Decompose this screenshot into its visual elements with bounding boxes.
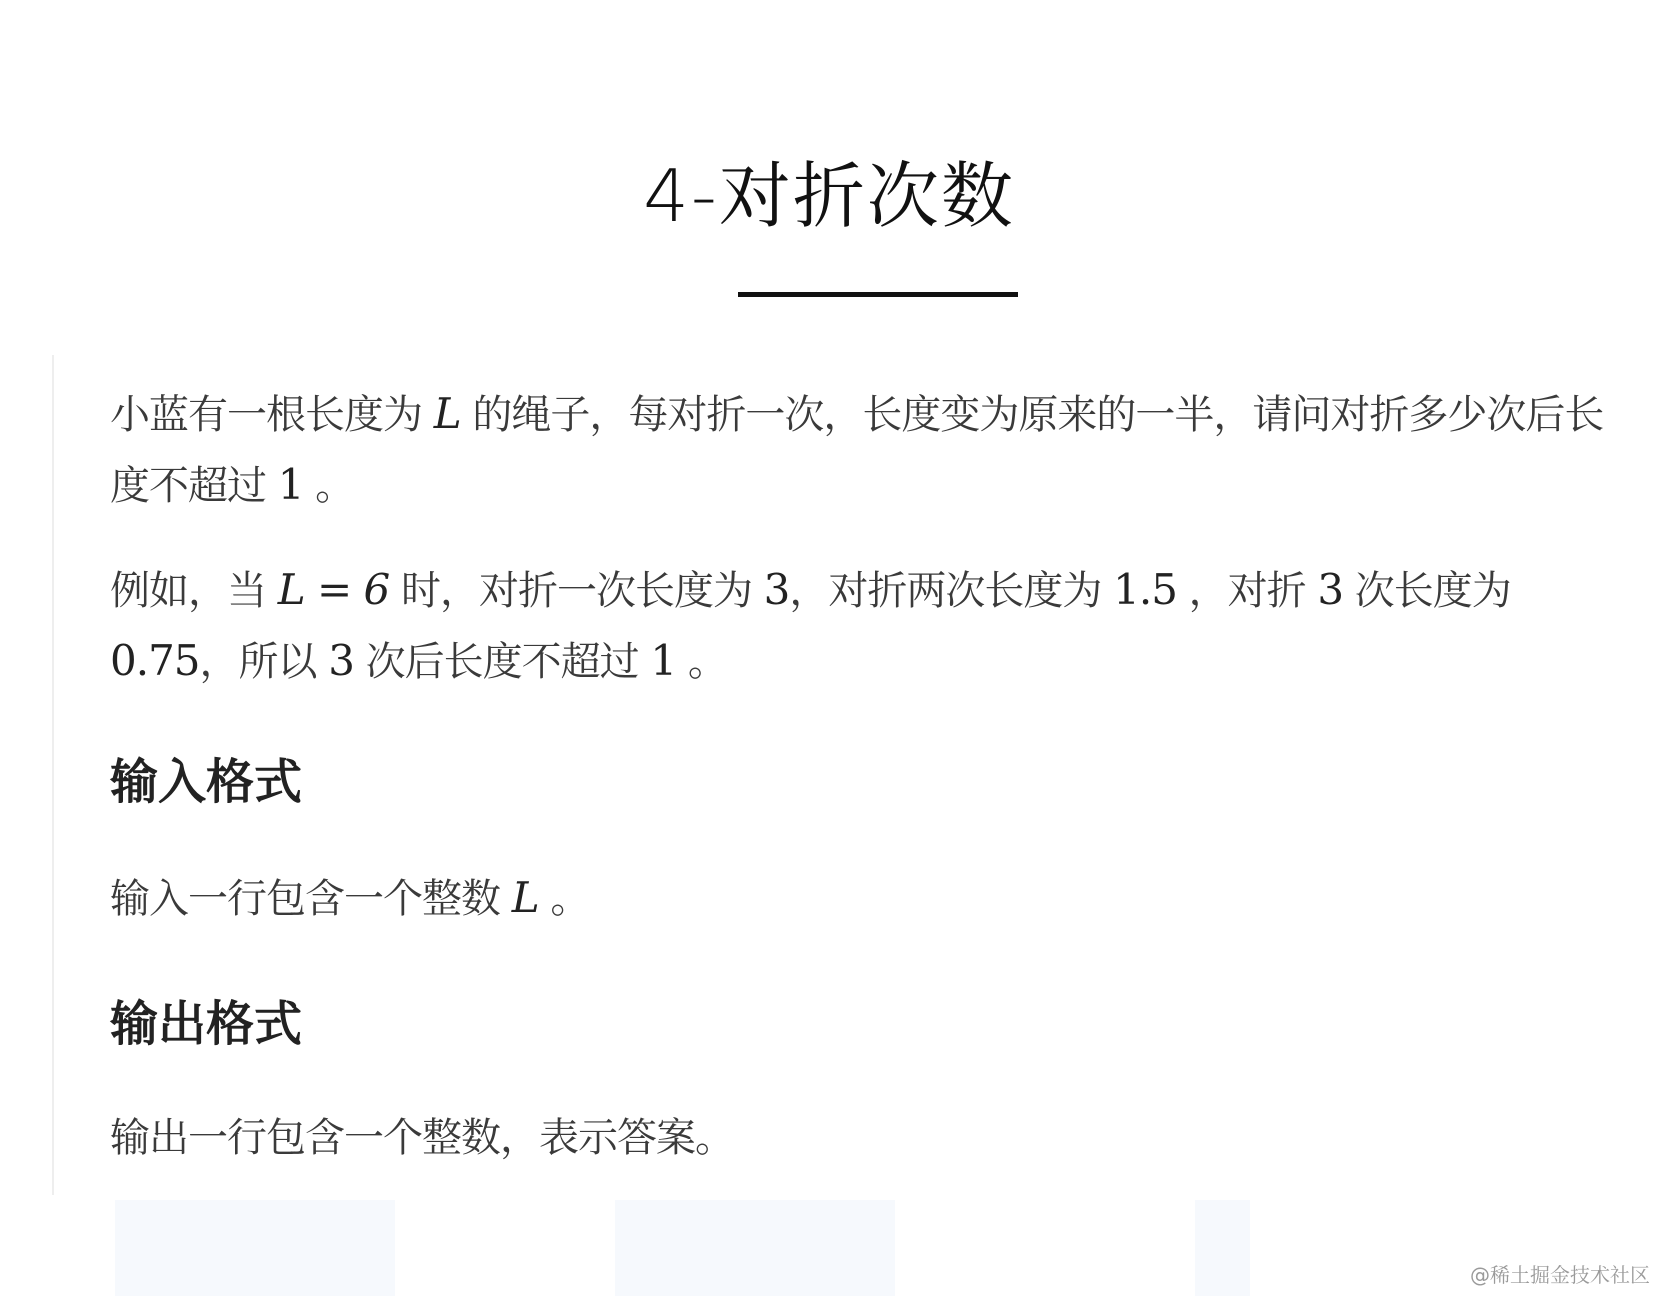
faded-block xyxy=(115,1200,395,1296)
description-paragraph-1: 小蓝有一根长度为 L 的绳子，每对折一次，长度变为原来的一半，请问对折多少次后长… xyxy=(110,379,1610,521)
input-format-text: 输入一行包含一个整数 L 。 xyxy=(110,863,1610,934)
text-segment: 输入一行包含一个整数 xyxy=(110,876,512,922)
text-segment: 次后长度不超过 xyxy=(354,639,650,685)
text-segment: 。 xyxy=(539,876,590,922)
math-variable-L: L xyxy=(512,873,539,922)
text-segment: 。 xyxy=(676,639,727,685)
output-format-heading: 输出格式 xyxy=(110,985,302,1054)
math-number: 0.75 xyxy=(110,636,200,685)
text-segment: 。 xyxy=(303,463,354,509)
faded-block xyxy=(615,1200,895,1296)
text-segment: 次长度为 xyxy=(1343,568,1511,614)
output-format-text: 输出一行包含一个整数，表示答案。 xyxy=(110,1103,1610,1173)
math-variable-L: L xyxy=(434,389,461,438)
text-segment: 小蓝有一根长度为 xyxy=(110,392,434,438)
text-segment: 时，对折一次长度为 xyxy=(389,568,763,614)
title-underline xyxy=(738,292,1018,297)
math-number: 3 xyxy=(328,636,354,685)
problem-content: 小蓝有一根长度为 L 的绳子，每对折一次，长度变为原来的一半，请问对折多少次后长… xyxy=(52,355,1658,1195)
input-format-heading: 输入格式 xyxy=(110,743,302,812)
text-segment: ，对折两次长度为 xyxy=(789,568,1113,614)
problem-title: 4-对折次数 xyxy=(0,160,1658,232)
math-number: 1.5 xyxy=(1113,565,1177,614)
math-number: 3 xyxy=(1317,565,1343,614)
watermark: @稀土掘金技术社区 xyxy=(1470,1259,1650,1288)
text-segment: ，所以 xyxy=(200,639,329,685)
description-paragraph-2: 例如，当 L = 6 时，对折一次长度为 3，对折两次长度为 1.5 ，对折 3… xyxy=(110,555,1610,697)
math-number: 1 xyxy=(650,636,676,685)
math-number: 3 xyxy=(764,565,790,614)
text-segment: 例如，当 xyxy=(110,568,278,614)
math-number: 1 xyxy=(278,460,304,509)
faded-block xyxy=(1195,1200,1250,1296)
math-equation: L = 6 xyxy=(278,565,390,614)
text-segment: ，对折 xyxy=(1177,568,1317,614)
